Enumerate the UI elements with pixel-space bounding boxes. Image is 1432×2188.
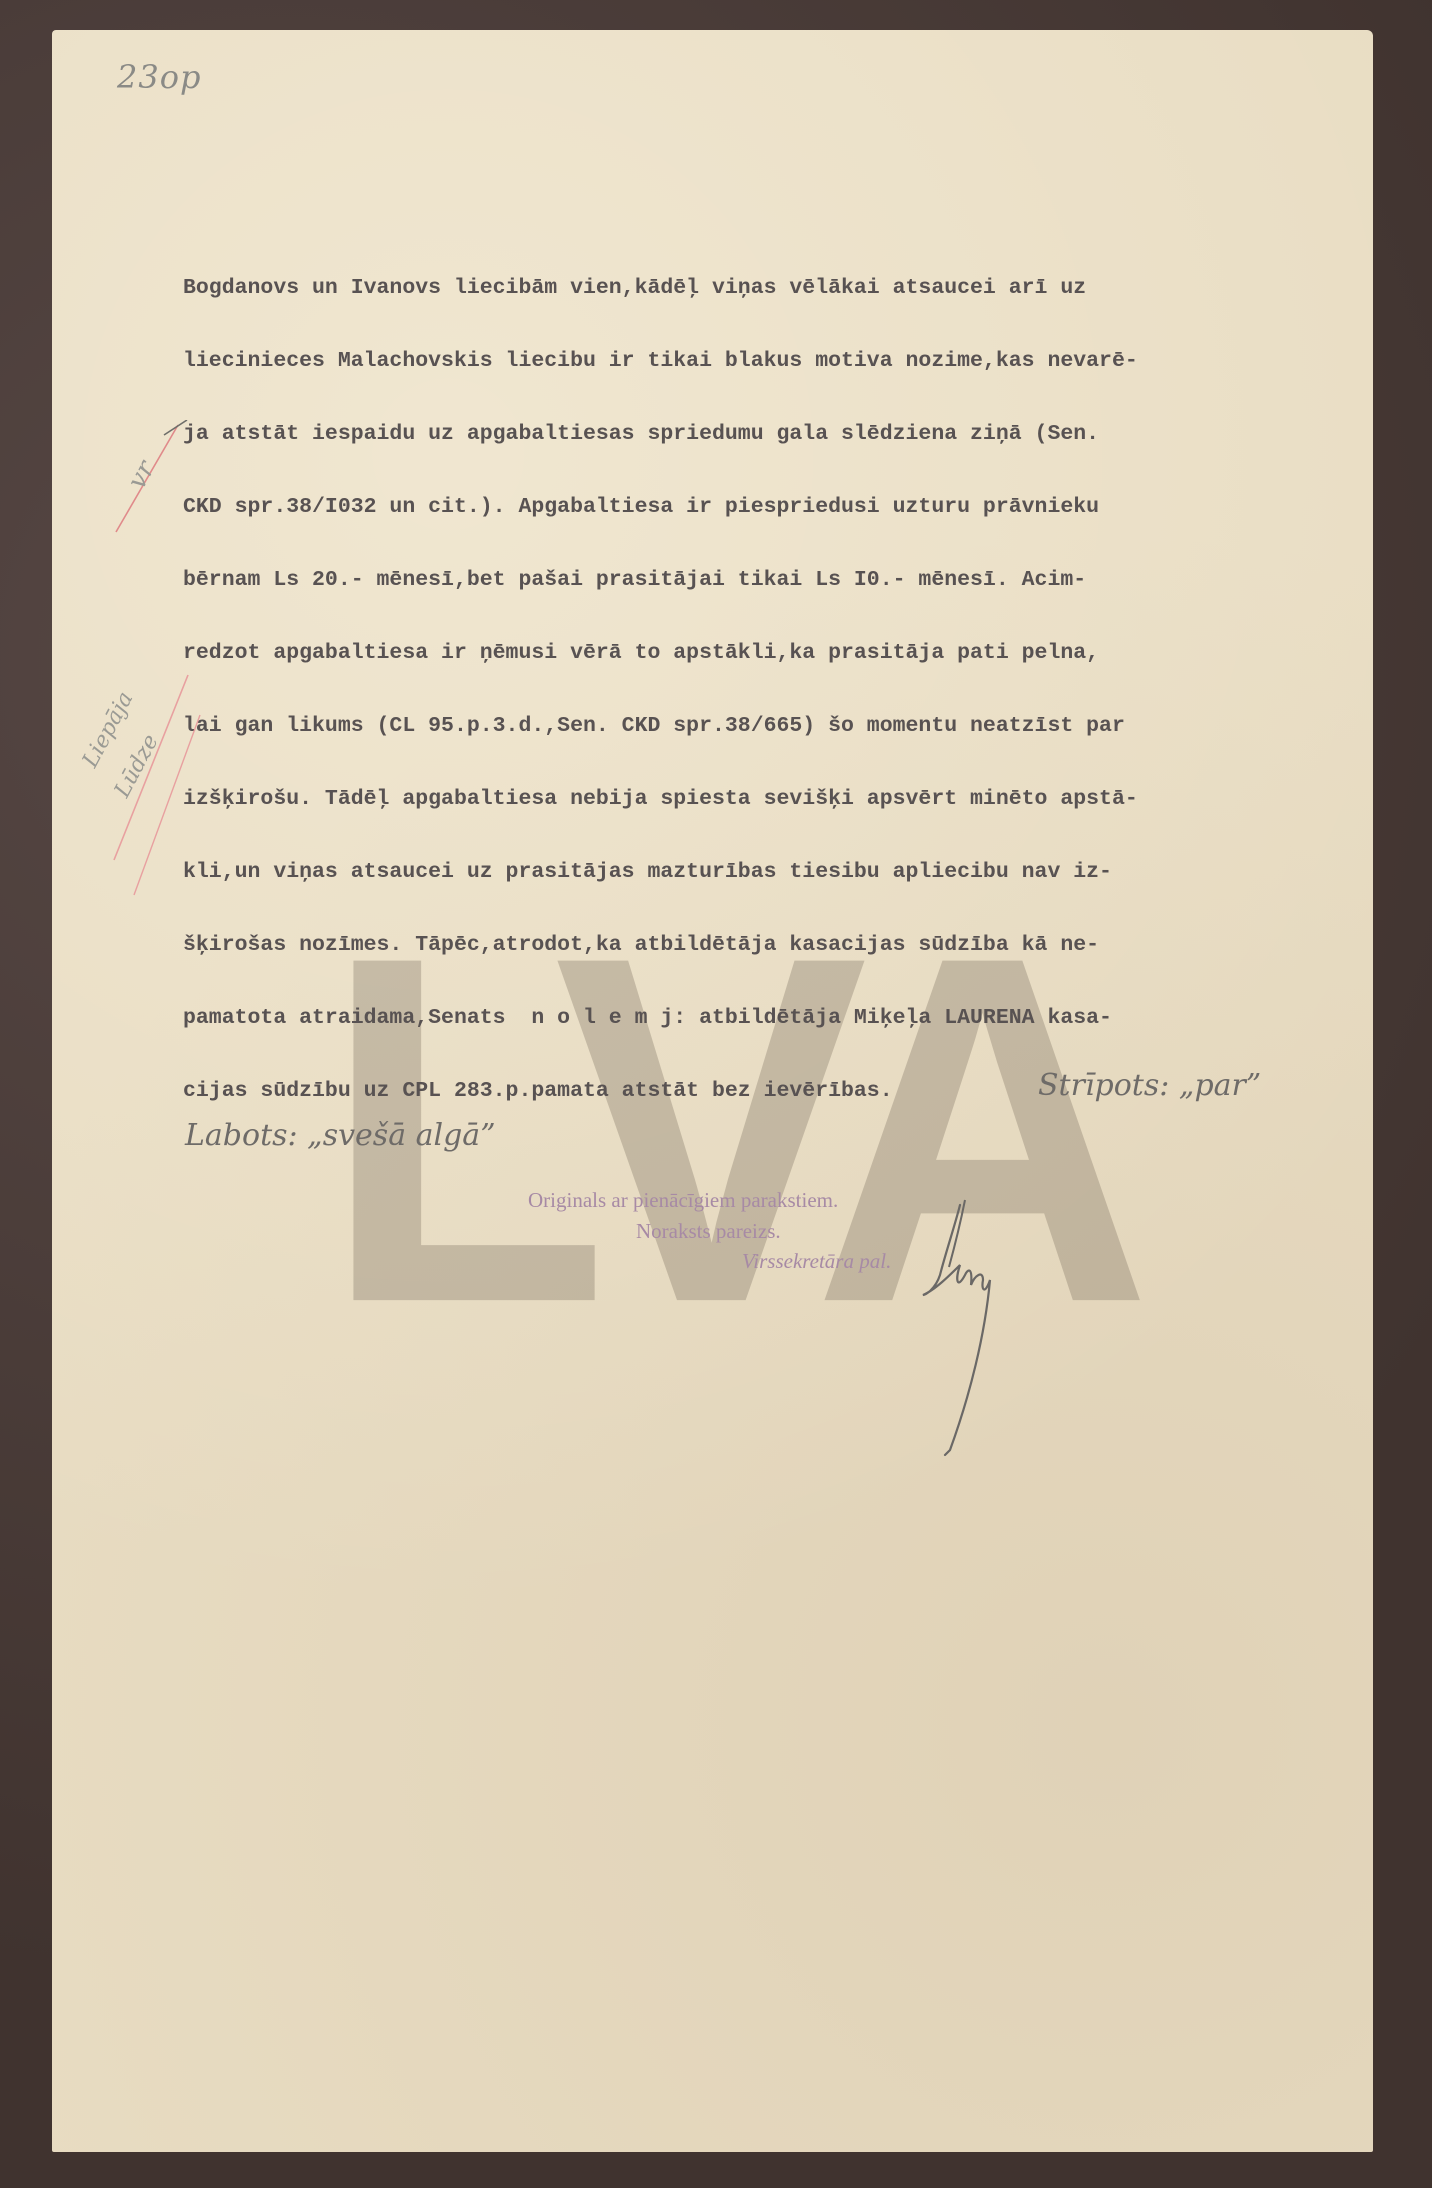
signature-icon (905, 1195, 1025, 1465)
text-line: redzot apgabaltiesa ir ņēmusi vērā to ap… (183, 617, 1343, 690)
text-line: lai gan likums (CL 95.p.3.d.,Sen. CKD sp… (183, 690, 1343, 763)
text-line: CKD spr.38/I032 un cit.). Apgabaltiesa i… (183, 471, 1343, 544)
handwritten-correction-note: Labots: „svešā algā” (185, 1118, 496, 1153)
typed-body-text: Bogdanovs un Ivanovs liecibām vien,kādēļ… (183, 252, 1343, 1128)
document-page: LVA 23op Bogdanovs un Ivanovs liecibām v… (52, 30, 1373, 2152)
stamp-line-copy-correct: Noraksts pareizs. (636, 1219, 781, 1244)
stamp-line-original: Originals ar pienācīgiem parakstiem. (528, 1188, 838, 1213)
text-line: šķirošas nozīmes. Tāpēc,atrodot,ka atbil… (183, 909, 1343, 982)
stamp-line-secretary: Virssekretāra pal. (742, 1249, 891, 1274)
text-line: pamatota atraidama,Senats n o l e m j: a… (183, 982, 1343, 1055)
text-line: izšķirošu. Tādēļ apgabaltiesa nebija spi… (183, 763, 1343, 836)
text-line: kli,un viņas atsaucei uz prasitājas mazt… (183, 836, 1343, 909)
text-line: Bogdanovs un Ivanovs liecibām vien,kādēļ… (183, 252, 1343, 325)
text-line: bērnam Ls 20.- mēnesī,bet pašai prasitāj… (183, 544, 1343, 617)
text-line: liecinieces Malachovskis liecibu ir tika… (183, 325, 1343, 398)
handwritten-strike-note: Strīpots: „par” (1038, 1068, 1261, 1103)
corner-pencil-note: 23op (117, 58, 201, 96)
text-line: ja atstāt iespaidu uz apgabaltiesas spri… (183, 398, 1343, 471)
